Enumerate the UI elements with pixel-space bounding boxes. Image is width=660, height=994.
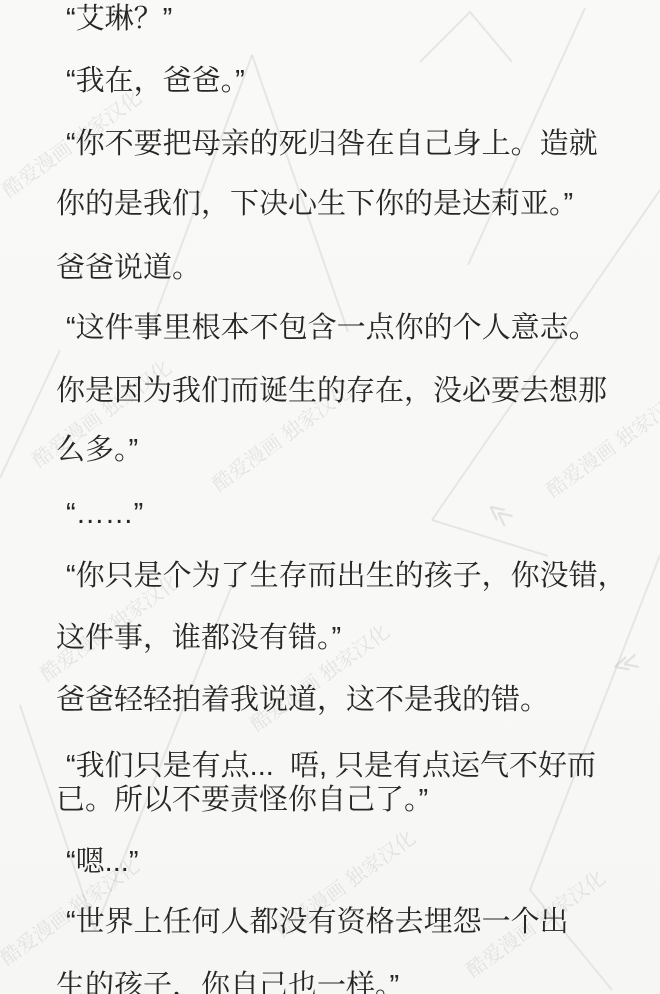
text-line: “……”	[66, 498, 143, 530]
text-line: “艾琳？”	[66, 3, 172, 35]
text-line: 你的是我们，下决心生下你的是达莉亚。”	[56, 188, 573, 220]
text-line: 爸爸说道。	[56, 252, 201, 284]
text-line: 这件事，谁都没有错。”	[56, 622, 341, 654]
text-line: “你不要把母亲的死归咎在自己身上。造就	[66, 128, 598, 160]
text-line: “你只是个为了生存而出生的孩子，你没错，	[66, 560, 627, 592]
text-line: 你是因为我们而诞生的存在，没必要去想那	[56, 375, 607, 407]
text-line: “我们只是有点... 唔, 只是有点运气不好而	[66, 750, 596, 782]
text-line: “世界上任何人都没有资格去埋怨一个出	[66, 906, 569, 938]
text-line: 已。所以不要责怪你自己了。”	[56, 784, 428, 816]
text-line: 么多。”	[56, 434, 138, 466]
text-line: 生的孩子，你自己也一样。”	[56, 970, 399, 994]
watermark-arrow-icon: ≪	[608, 645, 642, 682]
novel-reader-page: 酷爱漫画 独家汉化 酷爱漫画 独家汉化 酷爱漫画 独家汉化 酷爱漫画 独家汉化 …	[0, 0, 660, 994]
text-line: 爸爸轻轻拍着我说道，这不是我的错。	[56, 684, 549, 716]
watermark-arrow-icon: ≪	[479, 493, 520, 534]
text-line: “我在，爸爸。”	[66, 65, 245, 97]
text-line: “嗯...”	[66, 846, 139, 878]
text-line: “这件事里根本不包含一点你的个人意志。	[66, 312, 598, 344]
